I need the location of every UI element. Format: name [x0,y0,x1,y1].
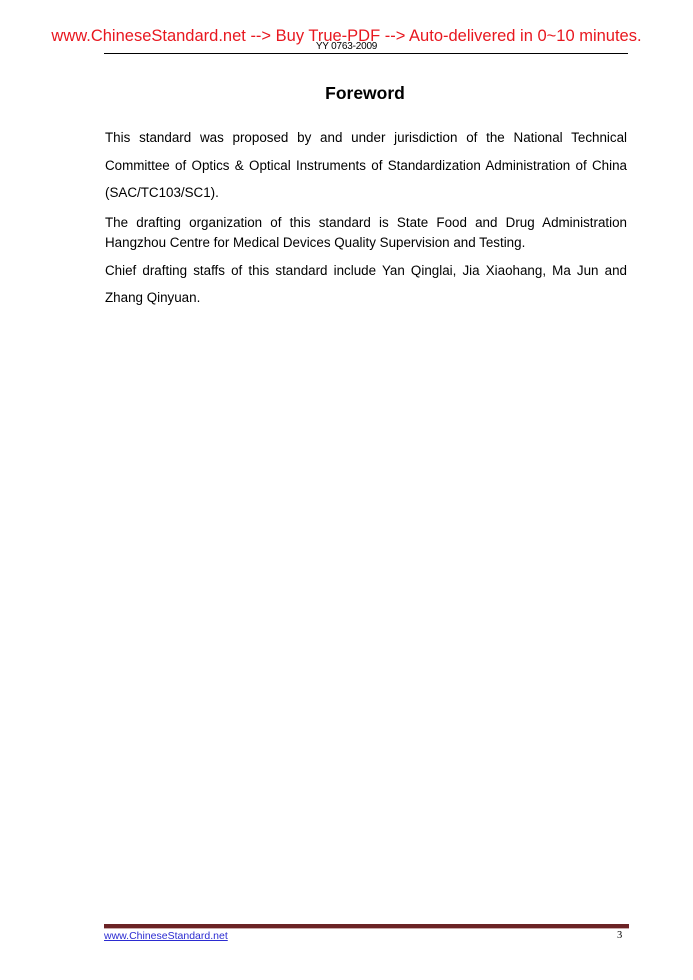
header-rule [104,53,628,54]
page-title: Foreword [0,83,693,104]
paragraph-proposal: This standard was proposed by and under … [105,124,627,207]
paragraph-drafting-organization: The drafting organization of this standa… [105,213,627,253]
document-body: This standard was proposed by and under … [105,124,627,312]
footer-rule [104,924,629,929]
document-code: YY 0763-2009 [0,41,693,52]
footer-website-link[interactable]: www.ChineseStandard.net [104,930,228,942]
page-number: 3 [617,930,622,941]
paragraph-drafting-staff: Chief drafting staffs of this standard i… [105,257,627,312]
